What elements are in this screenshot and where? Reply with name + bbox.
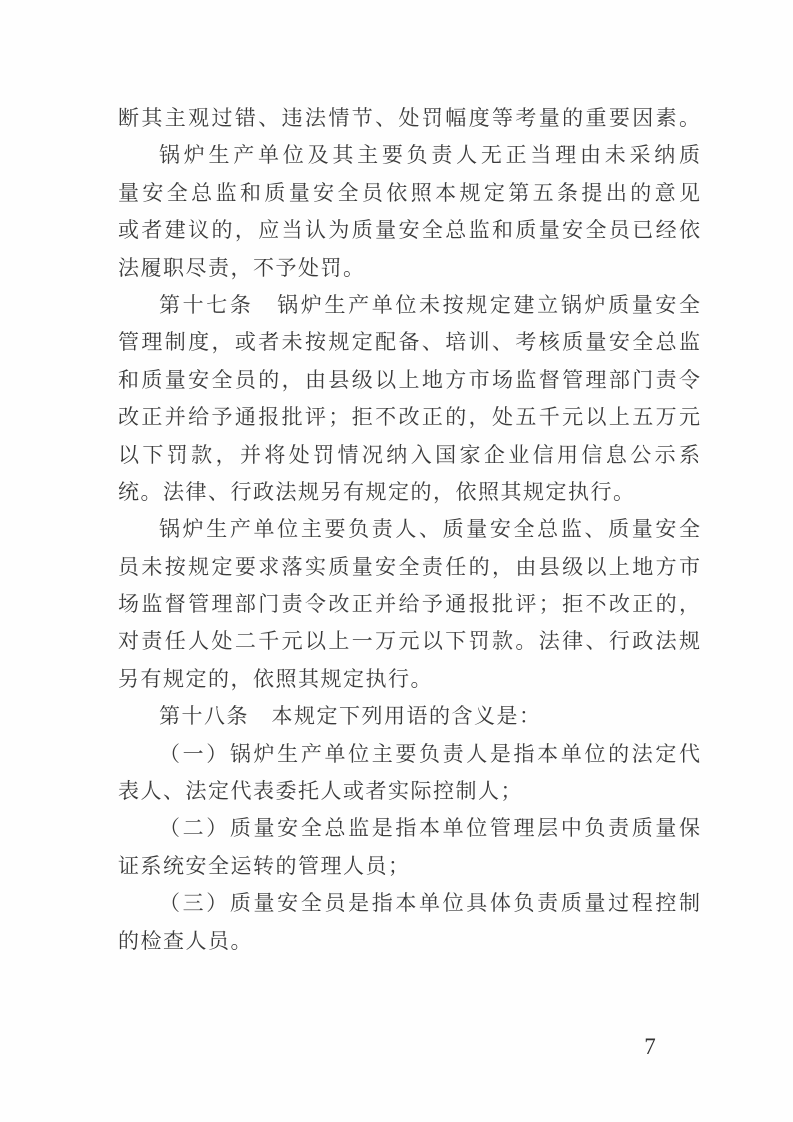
text-line: （二）质量安全总监是指本单位管理层中负责质量保	[118, 810, 700, 847]
text-line: 另有规定的，依照其规定执行。	[118, 661, 700, 698]
text-line: 证系统安全运转的管理人员；	[118, 848, 700, 885]
text-line: （一）锅炉生产单位主要负责人是指本单位的法定代	[118, 736, 700, 773]
text-line: 改正并给予通报批评；拒不改正的，处五千元以上五万元	[118, 399, 700, 436]
text-line: 第十八条 本规定下列用语的含义是：	[118, 698, 700, 735]
text-line: 量安全总监和质量安全员依照本规定第五条提出的意见	[118, 175, 700, 212]
text-line: 统。法律、行政法规另有规定的，依照其规定执行。	[118, 474, 700, 511]
text-line: （三）质量安全员是指本单位具体负责质量过程控制	[118, 885, 700, 922]
text-line: 法履职尽责，不予处罚。	[118, 250, 700, 287]
text-block: 断其主观过错、违法情节、处罚幅度等考量的重要因素。锅炉生产单位及其主要负责人无正…	[118, 100, 700, 960]
text-line: 场监督管理部门责令改正并给予通报批评；拒不改正的，	[118, 586, 700, 623]
text-line: 锅炉生产单位主要负责人、质量安全总监、质量安全	[118, 511, 700, 548]
text-line: 或者建议的，应当认为质量安全总监和质量安全员已经依	[118, 212, 700, 249]
text-line: 第十七条 锅炉生产单位未按规定建立锅炉质量安全	[118, 287, 700, 324]
text-line: 管理制度，或者未按规定配备、培训、考核质量安全总监	[118, 324, 700, 361]
text-line: 以下罚款，并将处罚情况纳入国家企业信用信息公示系	[118, 437, 700, 474]
page-number: 7	[630, 1034, 670, 1060]
document-page: 断其主观过错、违法情节、处罚幅度等考量的重要因素。锅炉生产单位及其主要负责人无正…	[0, 0, 793, 1122]
text-line: 和质量安全员的，由县级以上地方市场监督管理部门责令	[118, 362, 700, 399]
text-line: 表人、法定代表委托人或者实际控制人；	[118, 773, 700, 810]
text-line: 锅炉生产单位及其主要负责人无正当理由未采纳质	[118, 137, 700, 174]
text-line: 断其主观过错、违法情节、处罚幅度等考量的重要因素。	[118, 100, 700, 137]
text-line: 对责任人处二千元以上一万元以下罚款。法律、行政法规	[118, 623, 700, 660]
text-line: 员未按规定要求落实质量安全责任的，由县级以上地方市	[118, 549, 700, 586]
text-line: 的检查人员。	[118, 923, 700, 960]
